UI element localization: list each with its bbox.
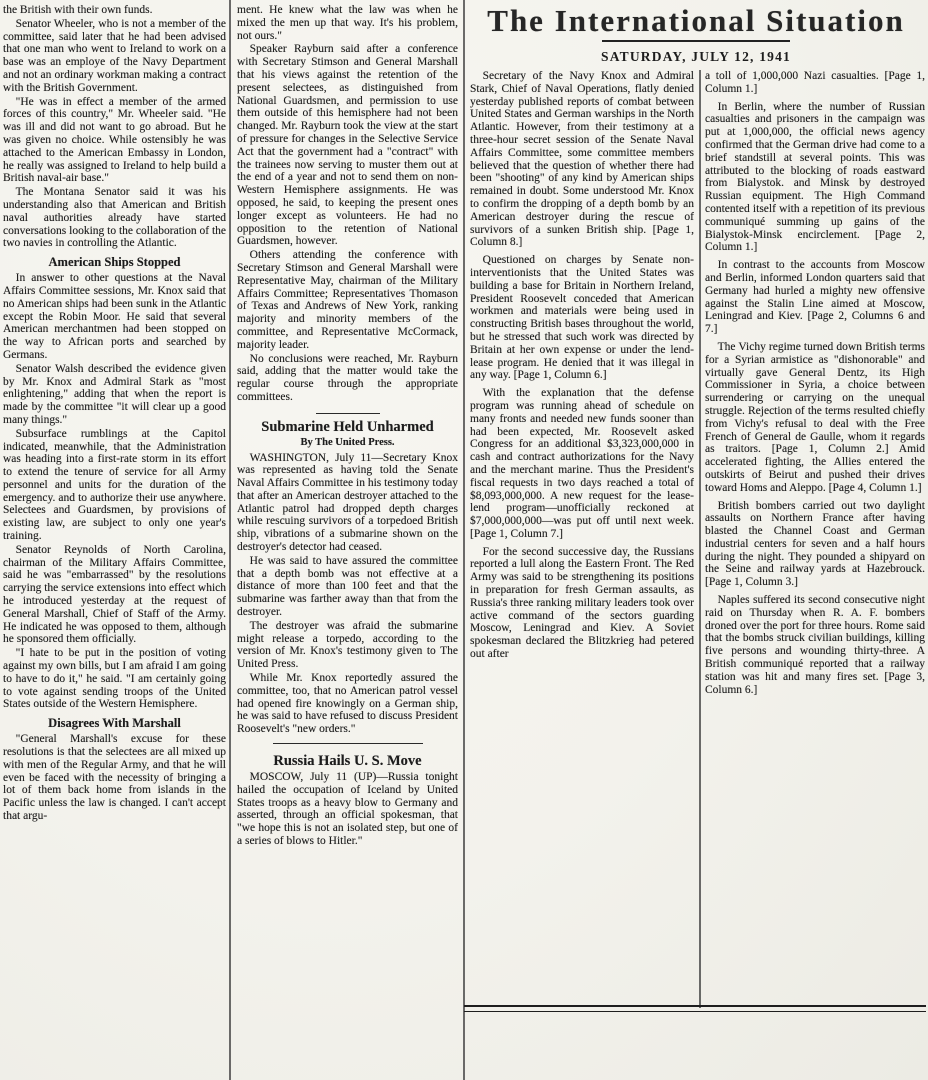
newspaper-page: The International Situation SATURDAY, JU… (0, 0, 928, 1080)
article-paragraph: In answer to other questions at the Nava… (3, 272, 226, 362)
article-paragraph: While Mr. Knox reportedly assured the co… (237, 672, 458, 736)
article-paragraph: MOSCOW, July 11 (UP)—Russia tonight hail… (237, 771, 458, 848)
article-paragraph: No conclusions were reached, Mr. Rayburn… (237, 353, 458, 404)
article-paragraph: "He was in effect a member of the armed … (3, 96, 226, 186)
section-heading: Russia Hails U. S. Move (237, 753, 458, 769)
column-rule (463, 0, 465, 1080)
masthead: The International Situation SATURDAY, JU… (466, 0, 926, 65)
dash-divider (316, 413, 380, 414)
section-heading: Submarine Held Unharmed (237, 419, 458, 435)
article-paragraph: "General Marshall's excuse for these res… (3, 733, 226, 823)
article-paragraph: "I hate to be put in the position of vot… (3, 647, 226, 711)
article-paragraph: In contrast to the accounts from Moscow … (705, 259, 925, 336)
article-paragraph: WASHINGTON, July 11—Secretary Knox was r… (237, 452, 458, 554)
article-paragraph: Senator Wheeler, who is not a member of … (3, 18, 226, 95)
article-paragraph: Naples suffered its second consecutive n… (705, 594, 925, 696)
article-paragraph: Secretary of the Navy Knox and Admiral S… (470, 70, 694, 249)
edition-date: SATURDAY, JULY 12, 1941 (466, 49, 926, 65)
article-column-4: a toll of 1,000,000 Nazi casualties. [Pa… (705, 70, 925, 1008)
column-rule (699, 70, 701, 1008)
page-title: The International Situation (466, 3, 926, 39)
article-paragraph: With the explanation that the defense pr… (470, 387, 694, 541)
byline: By The United Press. (237, 437, 458, 450)
section-heading: Disagrees With Marshall (3, 716, 226, 730)
section-end-rule (464, 1005, 926, 1012)
article-column-3: Secretary of the Navy Knox and Admiral S… (470, 70, 694, 1008)
article-paragraph: In Berlin, where the number of Russian c… (705, 101, 925, 255)
article-paragraph: The Vichy regime turned down British ter… (705, 341, 925, 495)
article-paragraph: a toll of 1,000,000 Nazi casualties. [Pa… (705, 70, 925, 96)
article-paragraph: Senator Walsh described the evidence giv… (3, 363, 226, 427)
article-paragraph: Questioned on charges by Senate non-inte… (470, 254, 694, 382)
article-paragraph: He was said to have assured the committe… (237, 555, 458, 619)
article-column-2: ment. He knew what the law was when he m… (237, 4, 458, 1076)
article-paragraph: For the second successive day, the Russi… (470, 546, 694, 661)
article-column-1: the British with their own funds.Senator… (3, 4, 226, 1076)
article-paragraph: The Montana Senator said it was his unde… (3, 186, 226, 250)
article-paragraph: Speaker Rayburn said after a conference … (237, 43, 458, 248)
article-paragraph: Subsurface rumblings at the Capitol indi… (3, 428, 226, 543)
masthead-rule (602, 40, 790, 42)
column-rule (229, 0, 231, 1080)
article-paragraph: British bombers carried out two daylight… (705, 500, 925, 590)
article-paragraph: ment. He knew what the law was when he m… (237, 4, 458, 42)
article-paragraph: Others attending the conference with Sec… (237, 249, 458, 351)
article-paragraph: The destroyer was afraid the submarine m… (237, 620, 458, 671)
rule-divider (273, 743, 423, 744)
article-paragraph: the British with their own funds. (3, 4, 226, 17)
section-heading: American Ships Stopped (3, 255, 226, 269)
article-paragraph: Senator Reynolds of North Carolina, chai… (3, 544, 226, 646)
